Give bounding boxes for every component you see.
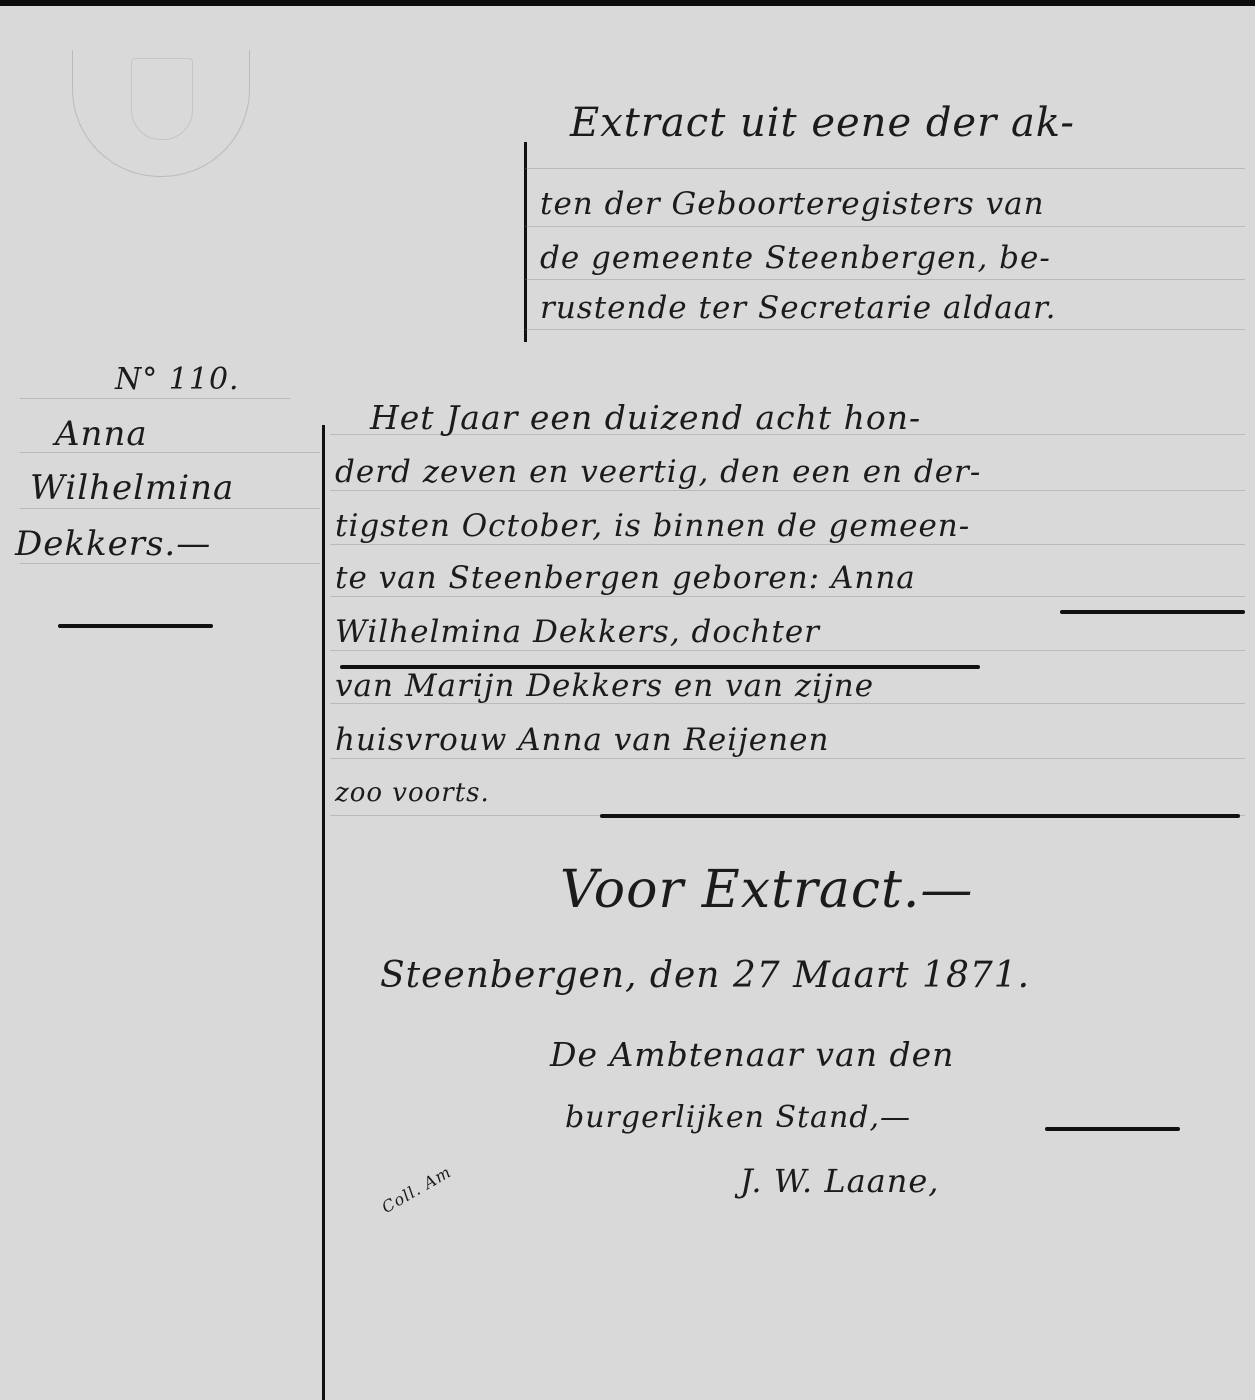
ruled-line (525, 168, 1245, 169)
body-line: van Marijn Dekkers en van zijne (335, 668, 874, 704)
body-line: te van Steenbergen geboren: Anna (335, 560, 916, 596)
margin-name-line: Dekkers.— (15, 524, 211, 564)
margin-annotation: Coll. Am (378, 1162, 454, 1217)
ruled-line (330, 490, 1245, 491)
scan-top-border (0, 0, 1255, 6)
embossed-seal-icon (72, 50, 250, 177)
header-line: rustende ter Secretarie aldaar. (540, 290, 1056, 326)
coat-of-arms-icon (131, 58, 193, 140)
ruled-line (330, 758, 1245, 759)
ruled-line (525, 329, 1245, 330)
body-line: huisvrouw Anna van Reijenen (335, 722, 829, 758)
header-line: ten der Geboorteregisters van (540, 186, 1045, 222)
official-title: burgerlijken Stand,— (565, 1100, 911, 1135)
body-line: zoo voorts. (335, 778, 490, 808)
closing-title: Voor Extract.— (560, 860, 973, 920)
header-column-rule (524, 142, 527, 342)
record-number: N° 110. (115, 362, 240, 397)
ruled-line (330, 650, 1245, 651)
signature: J. W. Laane, (740, 1162, 939, 1200)
place-date: Steenbergen, den 27 Maart 1871. (380, 955, 1030, 996)
body-line: tigsten October, is binnen de gemeen- (335, 508, 970, 544)
ruled-line (20, 398, 290, 399)
header-title-line: Extract uit eene der ak- (570, 100, 1075, 146)
margin-name-line: Wilhelmina (30, 468, 234, 508)
ruled-line (20, 508, 320, 509)
official-rule (1045, 1127, 1180, 1131)
header-line: de gemeente Steenbergen, be- (540, 240, 1051, 276)
ruled-line (525, 226, 1245, 227)
margin-underline (58, 624, 213, 628)
end-rule (600, 814, 1240, 818)
ruled-line (525, 279, 1245, 280)
official-title: De Ambtenaar van den (550, 1035, 954, 1074)
name-underline (1060, 610, 1245, 614)
ruled-line (330, 544, 1245, 545)
body-line: derd zeven en veertig, den een en der- (335, 454, 981, 490)
ruled-line (330, 596, 1245, 597)
body-line: Het Jaar een duizend acht hon- (370, 398, 921, 437)
margin-name-line: Anna (55, 414, 148, 454)
margin-column-rule (322, 425, 325, 1400)
body-line: Wilhelmina Dekkers, dochter (335, 614, 820, 650)
